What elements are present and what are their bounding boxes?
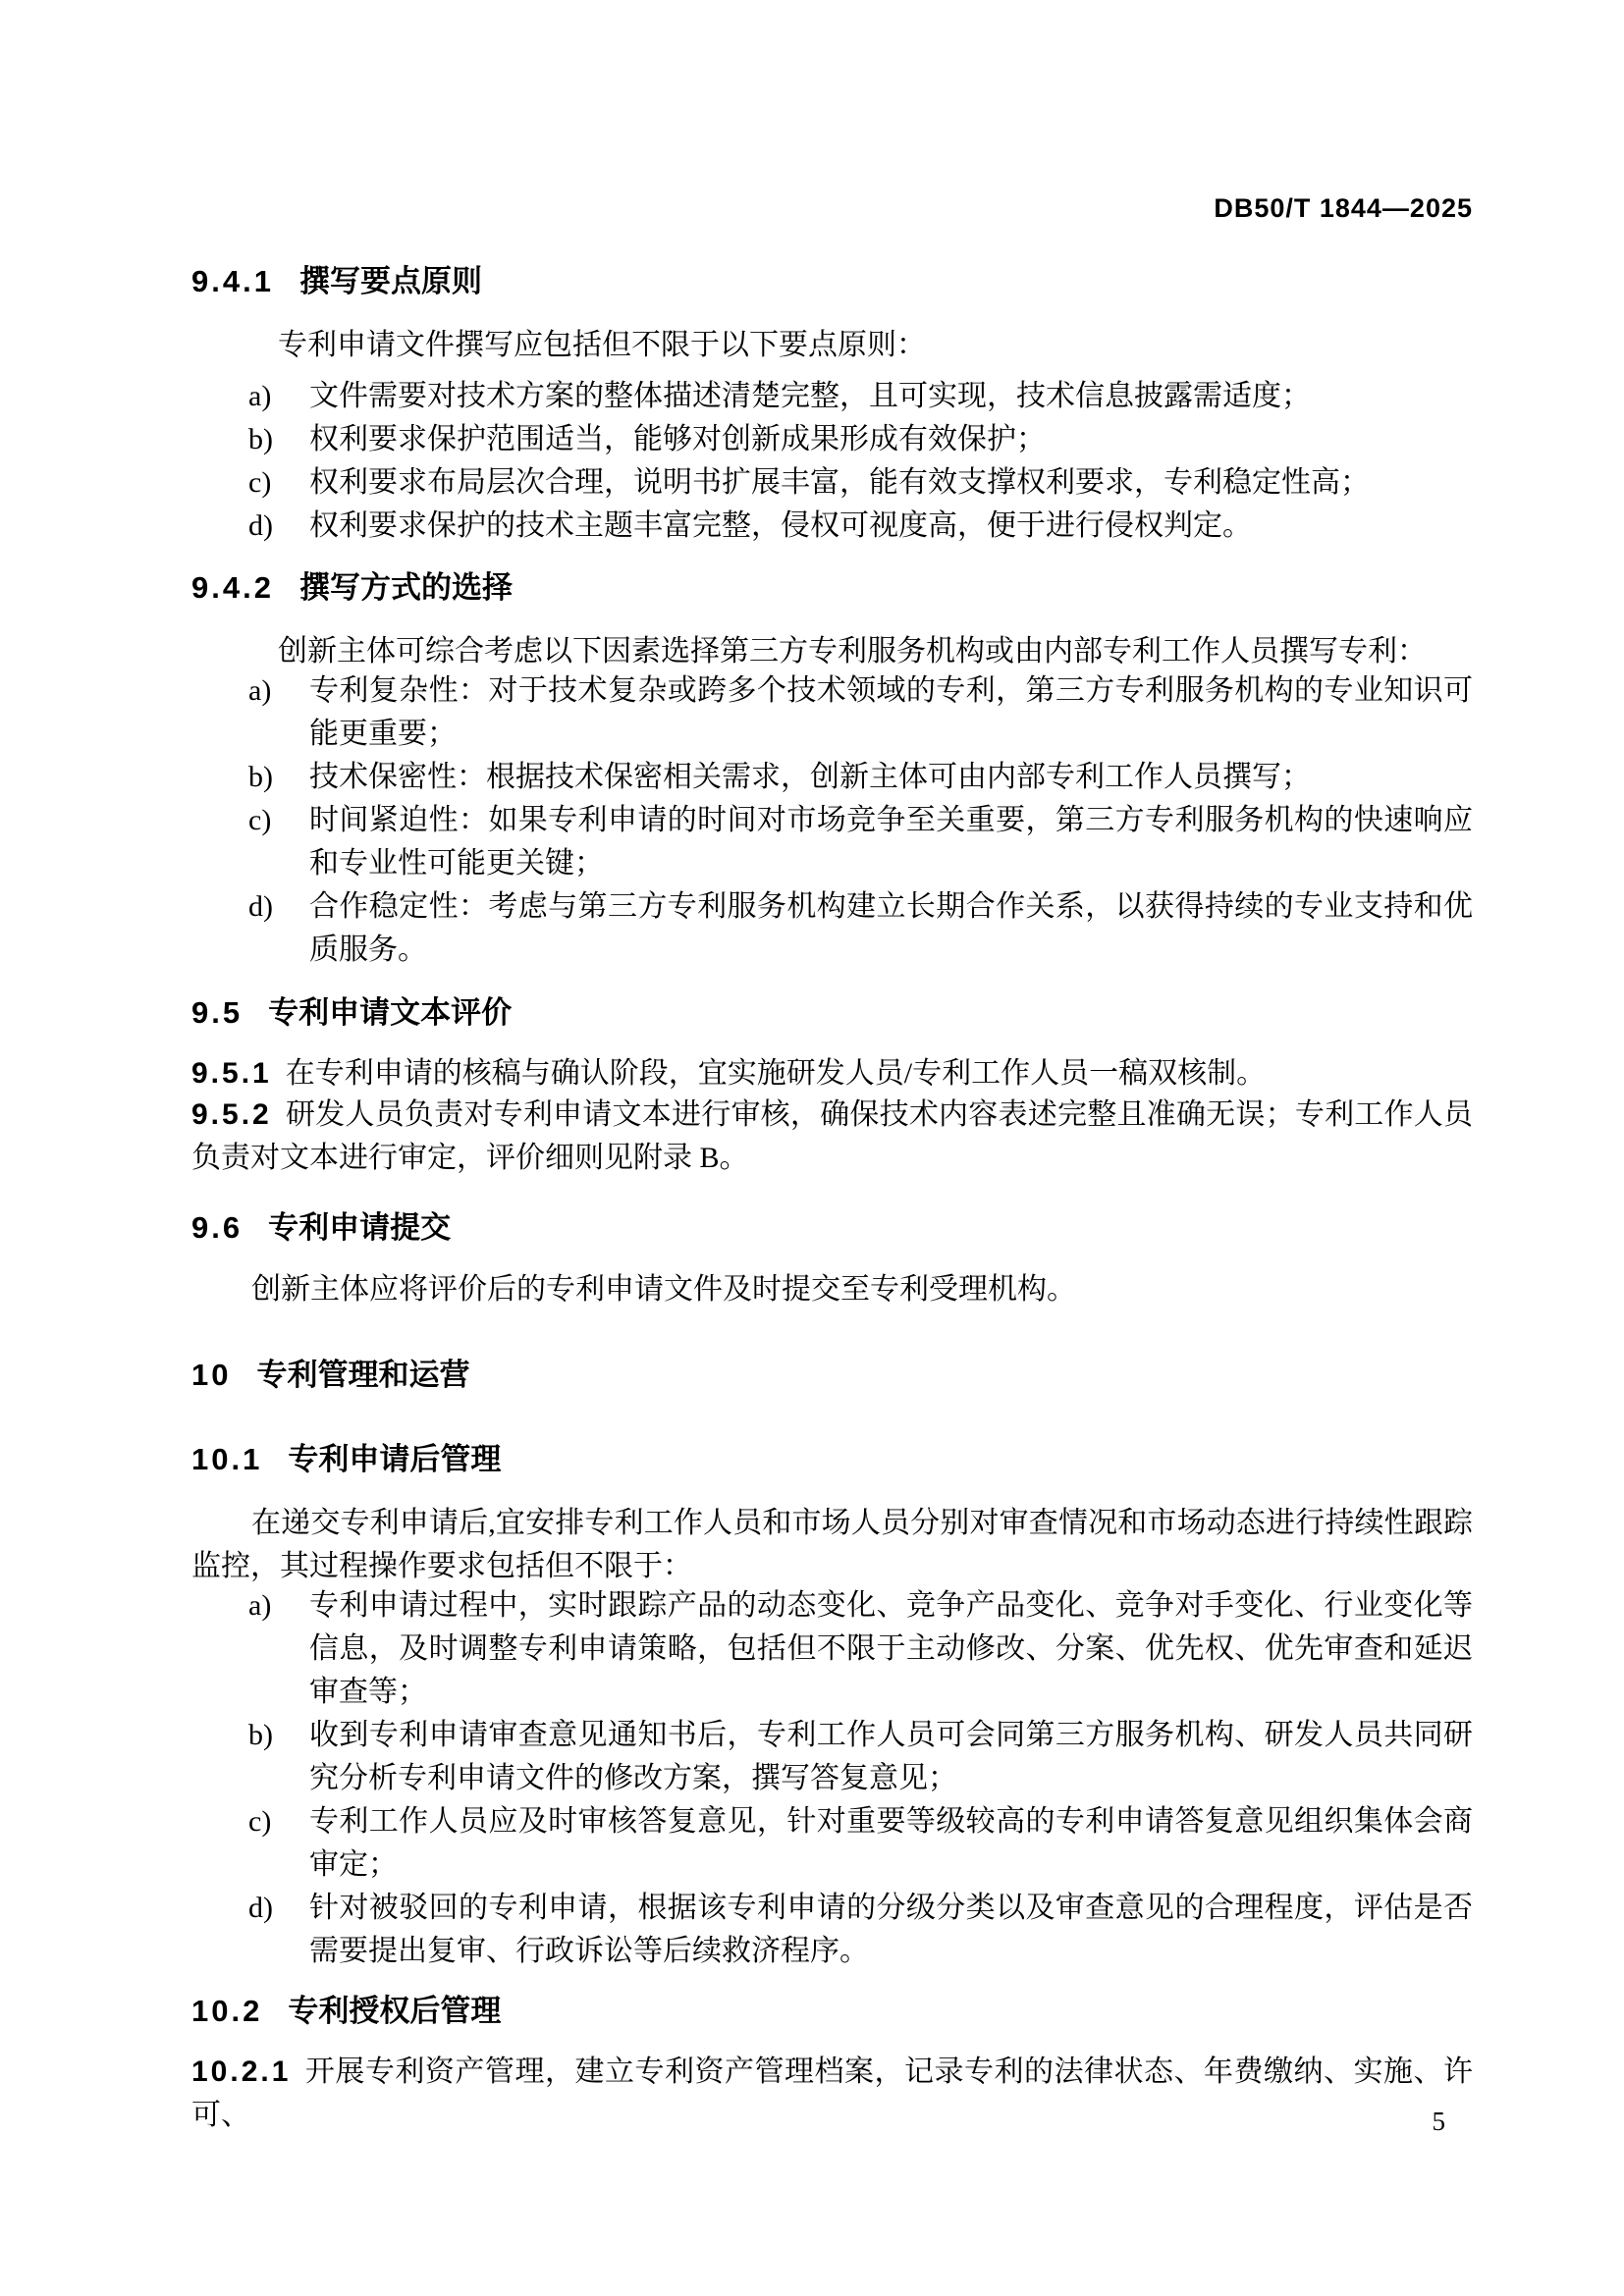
heading-number: 10.1 xyxy=(191,1442,262,1476)
item-text: 专利申请过程中，实时跟踪产品的动态变化、竞争产品变化、竞争对手变化、行业变化等信… xyxy=(309,1589,1473,1708)
list-item: a) 文件需要对技术方案的整体描述清楚完整，且可实现，技术信息披露需适度； xyxy=(191,375,1473,418)
item-label: b) xyxy=(248,1714,307,1757)
clause-number: 10.2.1 xyxy=(191,2056,291,2088)
item-text: 权利要求保护的技术主题丰富完整，侵权可视度高，便于进行侵权判定。 xyxy=(309,509,1252,542)
item-label: d) xyxy=(248,885,307,929)
item-label: b) xyxy=(248,756,307,799)
heading-title: 专利授权后管理 xyxy=(288,1994,501,2028)
list-item: a) 专利申请过程中，实时跟踪产品的动态变化、竞争产品变化、竞争对手变化、行业变… xyxy=(191,1584,1473,1714)
item-text: 专利工作人员应及时审核答复意见，针对重要等级较高的专利申请答复意见组织集体会商审… xyxy=(309,1805,1473,1881)
list-item: d) 权利要求保护的技术主题丰富完整，侵权可视度高，便于进行侵权判定。 xyxy=(191,505,1473,548)
heading-title: 专利申请后管理 xyxy=(288,1442,501,1476)
item-label: b) xyxy=(248,418,307,461)
heading-10: 10专利管理和运营 xyxy=(191,1354,1473,1397)
list-item: d) 合作稳定性：考虑与第三方专利服务机构建立长期合作关系，以获得持续的专业支持… xyxy=(191,885,1473,972)
clause-text: 研发人员负责对专利申请文本进行审核，确保技术内容表述完整且准确无误；专利工作人员… xyxy=(191,1098,1473,1174)
item-text: 权利要求保护范围适当，能够对创新成果形成有效保护； xyxy=(309,423,1046,455)
list-item: c) 时间紧迫性：如果专利申请的时间对市场竞争至关重要，第三方专利服务机构的快速… xyxy=(191,799,1473,885)
item-label: c) xyxy=(248,1800,307,1843)
heading-title: 专利管理和运营 xyxy=(256,1358,469,1392)
item-text: 技术保密性：根据技术保密相关需求，创新主体可由内部专利工作人员撰写； xyxy=(309,761,1311,793)
heading-10-2: 10.2专利授权后管理 xyxy=(191,1990,1473,2033)
item-label: a) xyxy=(248,669,307,713)
item-text: 专利复杂性：对于技术复杂或跨多个技术领域的专利，第三方专利服务机构的专业知识可能… xyxy=(309,674,1473,750)
heading-number: 9.4.1 xyxy=(191,264,274,298)
page-number: 5 xyxy=(191,2106,1473,2137)
item-text: 时间紧迫性：如果专利申请的时间对市场竞争至关重要，第三方专利服务机构的快速响应和… xyxy=(309,804,1473,880)
list-item: c) 专利工作人员应及时审核答复意见，针对重要等级较高的专利申请答复意见组织集体… xyxy=(191,1800,1473,1887)
heading-number: 10.2 xyxy=(191,1994,262,2028)
heading-10-1: 10.1专利申请后管理 xyxy=(191,1438,1473,1481)
item-label: c) xyxy=(248,799,307,842)
heading-9-6: 9.6专利申请提交 xyxy=(191,1206,1473,1250)
heading-number: 9.6 xyxy=(191,1210,243,1245)
heading-9-5: 9.5专利申请文本评价 xyxy=(191,991,1473,1035)
heading-title: 专利申请提交 xyxy=(268,1210,451,1245)
heading-number: 9.4.2 xyxy=(191,570,274,605)
heading-title: 专利申请文本评价 xyxy=(268,995,512,1030)
document-page: DB50/T 1844—2025 9.4.1撰写要点原则 专利申请文件撰写应包括… xyxy=(0,0,1624,2296)
heading-title: 撰写方式的选择 xyxy=(299,570,513,605)
clause-9-5-2: 9.5.2研发人员负责对专利申请文本进行审核，确保技术内容表述完整且准确无误；专… xyxy=(191,1094,1473,1180)
item-label: d) xyxy=(248,1887,307,1930)
running-header: DB50/T 1844—2025 xyxy=(191,192,1473,224)
heading-number: 9.5 xyxy=(191,995,243,1030)
list-item: d) 针对被驳回的专利申请，根据该专利申请的分级分类以及审查意见的合理程度，评估… xyxy=(191,1887,1473,1973)
list-9-4-2: a) 专利复杂性：对于技术复杂或跨多个技术领域的专利，第三方专利服务机构的专业知… xyxy=(191,669,1473,972)
list-item: b) 技术保密性：根据技术保密相关需求，创新主体可由内部专利工作人员撰写； xyxy=(191,756,1473,799)
heading-number: 10 xyxy=(191,1358,231,1392)
heading-9-4-1: 9.4.1撰写要点原则 xyxy=(191,260,1473,303)
clause-text: 在专利申请的核稿与确认阶段，宜实施研发人员/专利工作人员一稿双核制。 xyxy=(286,1057,1266,1090)
item-text: 收到专利申请审查意见通知书后，专利工作人员可会同第三方服务机构、研发人员共同研究… xyxy=(309,1719,1473,1794)
item-label: d) xyxy=(248,505,307,548)
item-text: 针对被驳回的专利申请，根据该专利申请的分级分类以及审查意见的合理程度，评估是否需… xyxy=(309,1892,1473,1967)
list-item: b) 权利要求保护范围适当，能够对创新成果形成有效保护； xyxy=(191,418,1473,461)
paragraph-9-4-2-intro: 创新主体可综合考虑以下因素选择第三方专利服务机构或由内部专利工作人员撰写专利： xyxy=(191,630,1473,673)
list-10-1: a) 专利申请过程中，实时跟踪产品的动态变化、竞争产品变化、竞争对手变化、行业变… xyxy=(191,1584,1473,1973)
item-label: a) xyxy=(248,375,307,418)
page-content: DB50/T 1844—2025 9.4.1撰写要点原则 专利申请文件撰写应包括… xyxy=(191,0,1473,2296)
list-item: b) 收到专利申请审查意见通知书后，专利工作人员可会同第三方服务机构、研发人员共… xyxy=(191,1714,1473,1800)
item-label: c) xyxy=(248,461,307,505)
item-text: 文件需要对技术方案的整体描述清楚完整，且可实现，技术信息披露需适度； xyxy=(309,380,1311,412)
list-9-4-1: a) 文件需要对技术方案的整体描述清楚完整，且可实现，技术信息披露需适度； b)… xyxy=(191,375,1473,548)
clause-number: 9.5.1 xyxy=(191,1057,272,1090)
heading-title: 撰写要点原则 xyxy=(299,264,482,298)
item-label: a) xyxy=(248,1584,307,1628)
paragraph-9-6: 创新主体应将评价后的专利申请文件及时提交至专利受理机构。 xyxy=(191,1268,1473,1311)
paragraph-10-1-intro: 在递交专利申请后,宜安排专利工作人员和市场人员分别对审查情况和市场动态进行持续性… xyxy=(191,1502,1473,1588)
list-item: a) 专利复杂性：对于技术复杂或跨多个技术领域的专利，第三方专利服务机构的专业知… xyxy=(191,669,1473,756)
paragraph-9-4-1-intro: 专利申请文件撰写应包括但不限于以下要点原则： xyxy=(191,324,1473,367)
list-item: c) 权利要求布局层次合理，说明书扩展丰富，能有效支撑权利要求，专利稳定性高； xyxy=(191,461,1473,505)
item-text: 权利要求布局层次合理，说明书扩展丰富，能有效支撑权利要求，专利稳定性高； xyxy=(309,466,1370,499)
clause-number: 9.5.2 xyxy=(191,1098,272,1131)
item-text: 合作稳定性：考虑与第三方专利服务机构建立长期合作关系，以获得持续的专业支持和优质… xyxy=(309,890,1473,966)
heading-9-4-2: 9.4.2撰写方式的选择 xyxy=(191,566,1473,610)
clause-9-5-1: 9.5.1在专利申请的核稿与确认阶段，宜实施研发人员/专利工作人员一稿双核制。 xyxy=(191,1052,1473,1095)
